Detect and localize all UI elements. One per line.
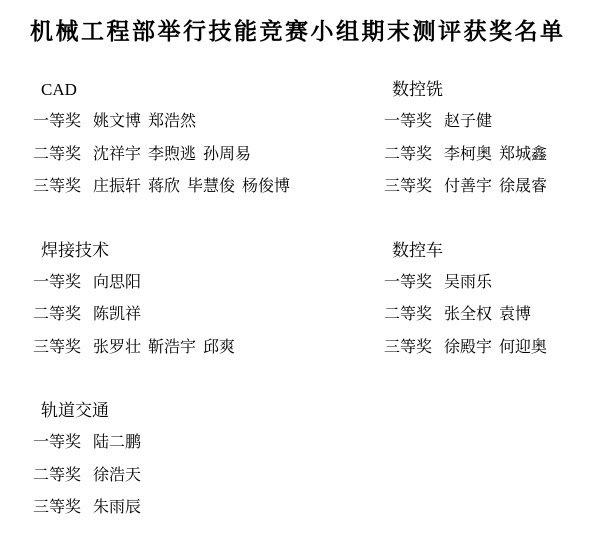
section-title: 轨道交通 <box>33 401 384 421</box>
award-names: 朱雨辰 <box>93 499 141 516</box>
award-row: 三等奖张罗壮 靳浩宇 邱爽 <box>33 339 384 357</box>
award-row: 三等奖徐殿宇 何迎奥 <box>384 339 596 357</box>
award-names: 陈凯祥 <box>93 306 141 323</box>
section-title: 数控铣 <box>384 80 596 100</box>
award-names: 姚文博 郑浩然 <box>93 113 196 130</box>
award-row: 三等奖朱雨辰 <box>33 499 384 517</box>
award-level: 二等奖 <box>384 306 432 323</box>
section-rail-transit: 轨道交通 一等奖陆二鹏 二等奖徐浩天 三等奖朱雨辰 <box>33 401 384 532</box>
award-row: 二等奖张全权 袁博 <box>384 306 596 324</box>
award-level: 一等奖 <box>33 274 81 291</box>
award-names: 沈祥宇 李煦逃 孙周易 <box>93 146 251 163</box>
award-columns: CAD 一等奖姚文博 郑浩然 二等奖沈祥宇 李煦逃 孙周易 三等奖庄振轩 蒋欣 … <box>33 80 596 532</box>
award-row: 三等奖付善宇 徐晟睿 <box>384 178 596 196</box>
award-level: 二等奖 <box>33 467 81 484</box>
award-names: 徐浩天 <box>93 467 141 484</box>
award-level: 二等奖 <box>384 146 432 163</box>
section-title: CAD <box>33 80 384 100</box>
award-row: 二等奖李柯奥 郑城鑫 <box>384 146 596 164</box>
page-title: 机械工程部举行技能竞赛小组期末测评获奖名单 <box>30 17 596 47</box>
award-level: 三等奖 <box>33 339 81 356</box>
award-level: 一等奖 <box>384 274 432 291</box>
award-names: 赵子健 <box>444 113 492 130</box>
award-row: 一等奖吴雨乐 <box>384 274 596 292</box>
award-names: 李柯奥 郑城鑫 <box>444 146 547 163</box>
award-level: 三等奖 <box>384 178 432 195</box>
award-level: 二等奖 <box>33 146 81 163</box>
award-level: 三等奖 <box>33 178 81 195</box>
award-level: 一等奖 <box>33 113 81 130</box>
award-row: 三等奖庄振轩 蒋欣 毕慧俊 杨俊博 <box>33 178 384 196</box>
award-names: 庄振轩 蒋欣 毕慧俊 杨俊博 <box>93 178 290 195</box>
award-level: 三等奖 <box>33 499 81 516</box>
section-title: 数控车 <box>384 241 596 261</box>
award-row: 一等奖向思阳 <box>33 274 384 292</box>
award-row: 二等奖徐浩天 <box>33 467 384 485</box>
award-names: 张罗壮 靳浩宇 邱爽 <box>93 339 235 356</box>
award-row: 一等奖赵子健 <box>384 113 596 131</box>
award-level: 二等奖 <box>33 306 81 323</box>
section-cad: CAD 一等奖姚文博 郑浩然 二等奖沈祥宇 李煦逃 孙周易 三等奖庄振轩 蒋欣 … <box>33 80 384 211</box>
section-cnc-milling: 数控铣 一等奖赵子健 二等奖李柯奥 郑城鑫 三等奖付善宇 徐晟睿 <box>384 80 596 211</box>
section-cnc-lathe: 数控车 一等奖吴雨乐 二等奖张全权 袁博 三等奖徐殿宇 何迎奥 <box>384 241 596 372</box>
award-names: 向思阳 <box>93 274 141 291</box>
award-names: 张全权 袁博 <box>444 306 531 323</box>
award-level: 一等奖 <box>33 434 81 451</box>
award-row: 二等奖陈凯祥 <box>33 306 384 324</box>
award-names: 付善宇 徐晟睿 <box>444 178 547 195</box>
award-names: 吴雨乐 <box>444 274 492 291</box>
section-title: 焊接技术 <box>33 241 384 261</box>
award-row: 二等奖沈祥宇 李煦逃 孙周易 <box>33 146 384 164</box>
award-names: 陆二鹏 <box>93 434 141 451</box>
award-level: 一等奖 <box>384 113 432 130</box>
section-welding: 焊接技术 一等奖向思阳 二等奖陈凯祥 三等奖张罗壮 靳浩宇 邱爽 <box>33 241 384 372</box>
award-row: 一等奖姚文博 郑浩然 <box>33 113 384 131</box>
award-level: 三等奖 <box>384 339 432 356</box>
award-row: 一等奖陆二鹏 <box>33 434 384 452</box>
award-names: 徐殿宇 何迎奥 <box>444 339 547 356</box>
